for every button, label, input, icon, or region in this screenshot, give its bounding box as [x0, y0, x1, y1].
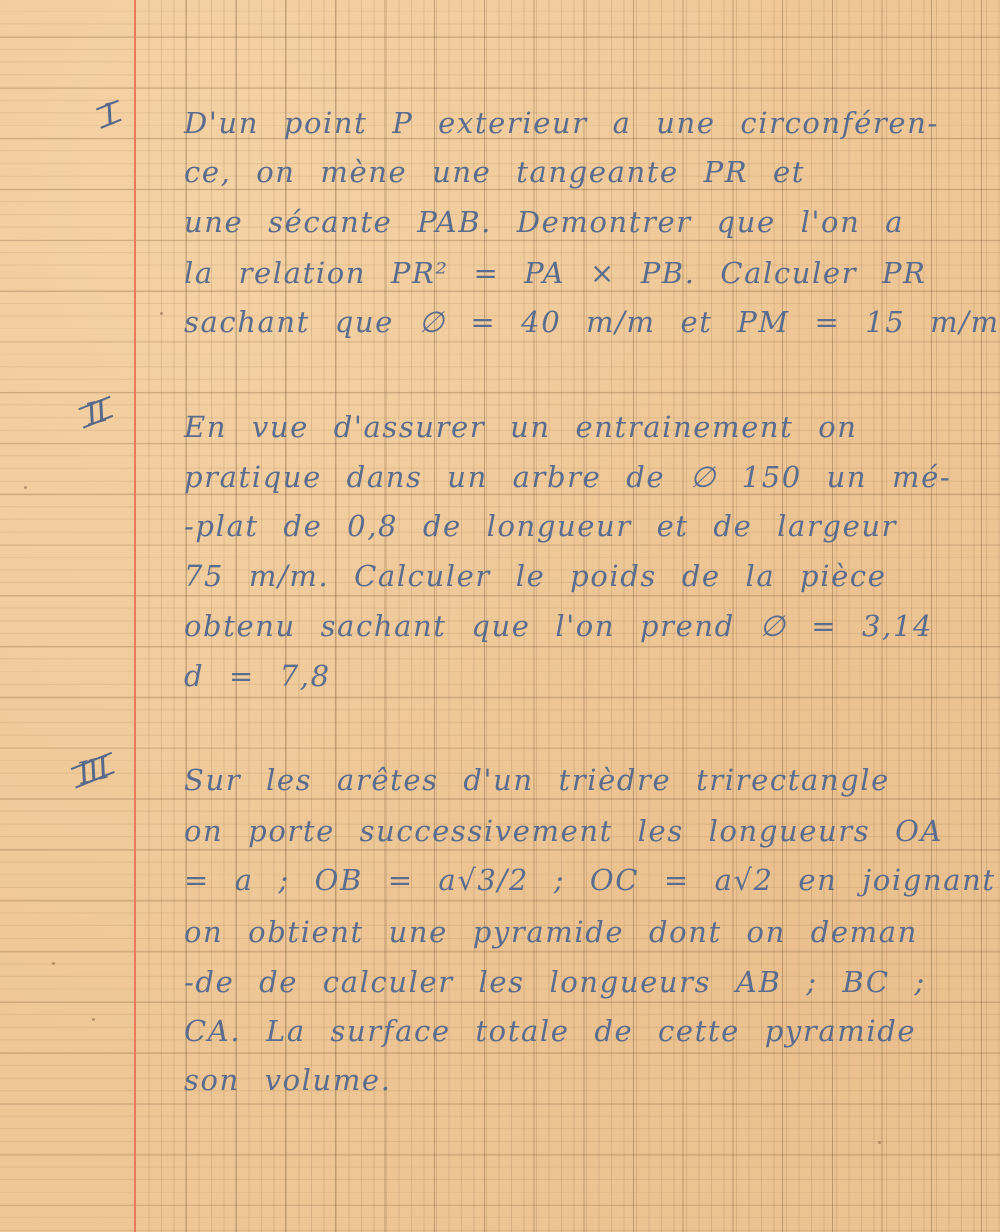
exercise-line: obtenu sachant que l'on prend ∅ = 3,14: [184, 606, 974, 646]
exercise-line: D'un point P exterieur a une circonféren…: [184, 103, 974, 143]
exercise-line: -de de calculer les longueurs AB ; BC ;: [184, 962, 974, 1002]
exercise-numeral: II: [82, 394, 110, 433]
exercise-line: 75 m/m. Calculer le poids de la pièce: [184, 556, 974, 596]
exercise-line: pratique dans un arbre de ∅ 150 un mé-: [184, 457, 974, 497]
exercise-line: ce, on mène une tangeante PR et: [184, 152, 974, 192]
exercise-line: d = 7,8: [184, 656, 974, 696]
exercise-line: Sur les arêtes d'un trièdre trirectangle: [184, 760, 974, 800]
exercise-line: = a ; OB = a√3/2 ; OC = a√2 en joignant: [184, 860, 974, 900]
exercise-line: la relation PR² = PA × PB. Calculer PR: [184, 253, 974, 293]
exercise-line: on obtient une pyramide dont on deman: [184, 912, 974, 952]
handwritten-content: I D'un point P exterieur a une circonfér…: [0, 0, 1000, 1232]
exercise-numeral: III: [74, 751, 111, 792]
exercise-line: -plat de 0,8 de longueur et de largeur: [184, 506, 974, 546]
exercise-line: CA. La surface totale de cette pyramide: [184, 1011, 974, 1051]
exercise-numeral: I: [100, 97, 118, 133]
exercise-line: sachant que ∅ = 40 m/m et PM = 15 m/m: [184, 302, 974, 342]
exercise-line: En vue d'assurer un entrainement on: [184, 407, 974, 447]
exercise-line: une sécante PAB. Demontrer que l'on a: [184, 202, 974, 242]
exercise-line: son volume.: [184, 1060, 974, 1100]
exercise-line: on porte successivement les longueurs OA: [184, 811, 974, 851]
